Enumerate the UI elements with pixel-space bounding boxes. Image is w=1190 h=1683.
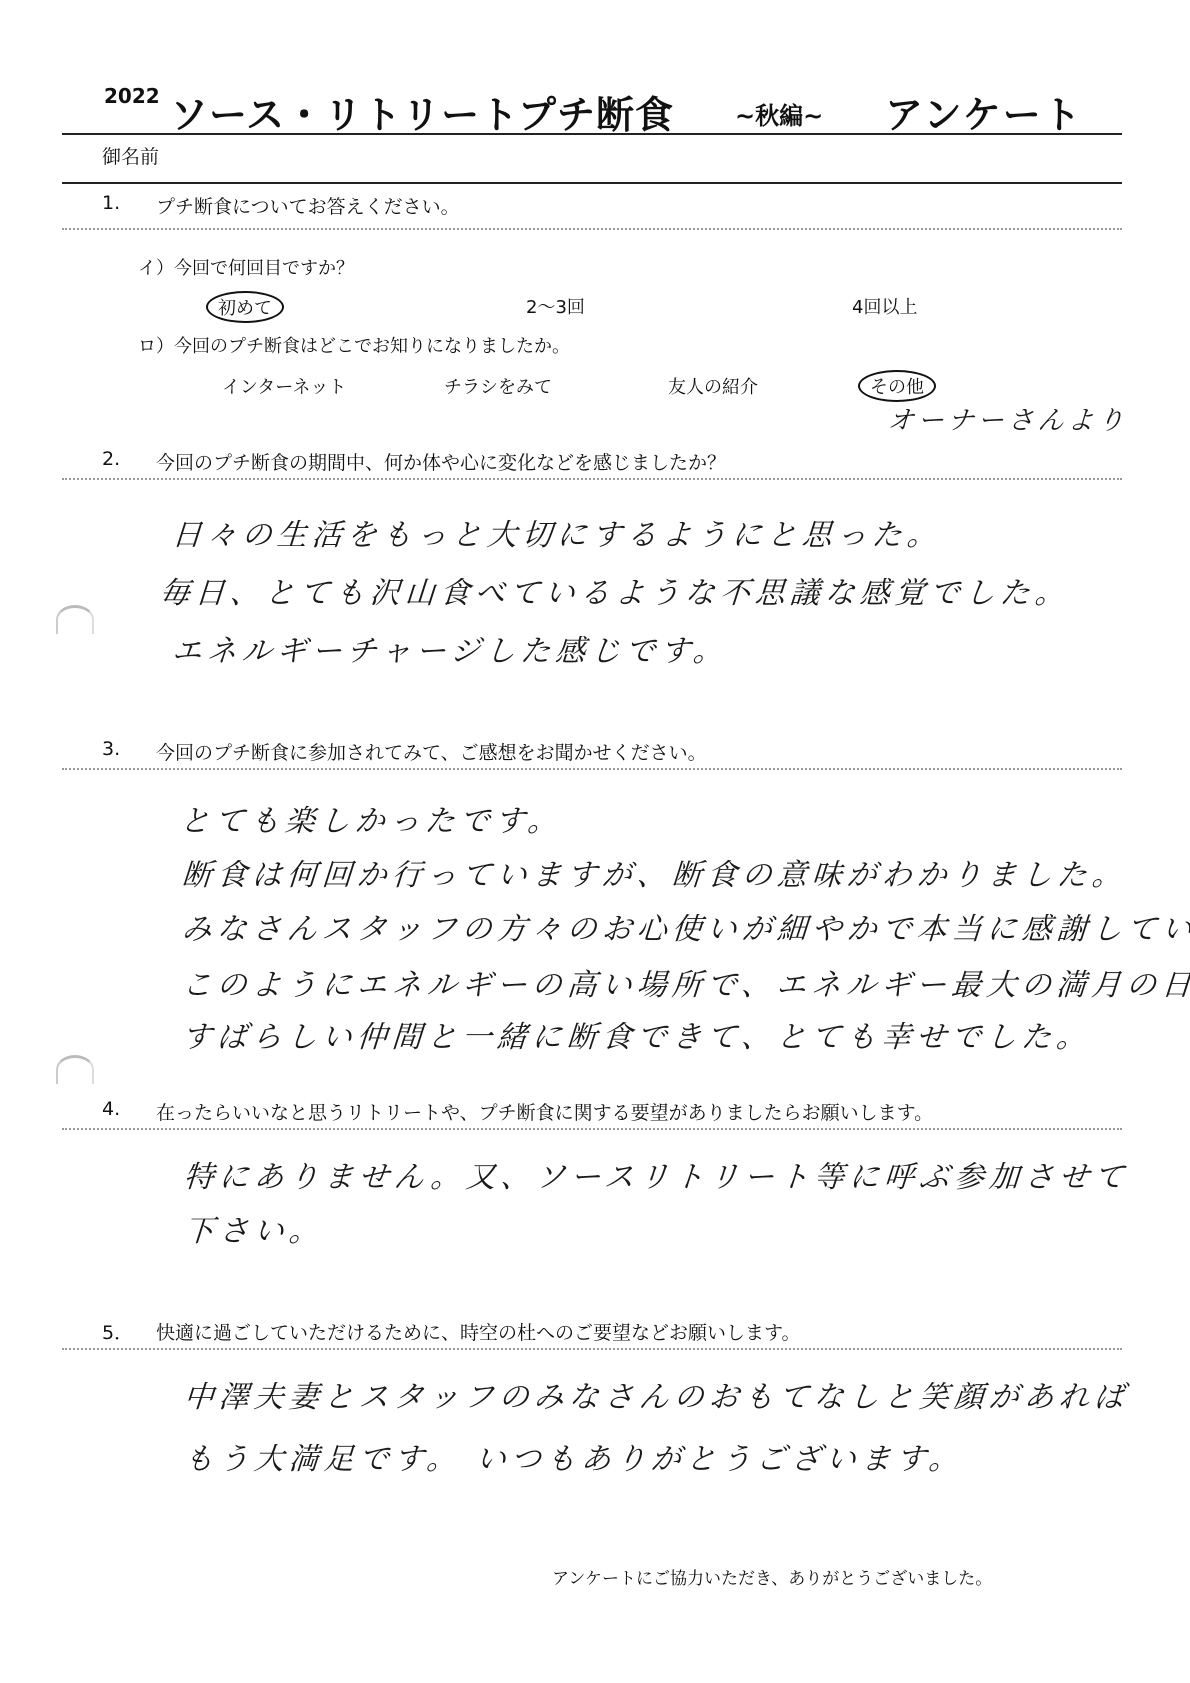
survey-season: ~秋編~	[735, 96, 823, 131]
margin-mark	[56, 605, 94, 634]
q3-answer-line[interactable]: 断食は何回か行っていますが、断食の意味がわかりました。	[180, 850, 1128, 894]
q3-answer-line[interactable]: みなさんスタッフの方々のお心使いが細やかで本当に感謝しています。	[180, 904, 1190, 948]
q1-number: 1.	[102, 192, 120, 214]
name-line	[62, 182, 1122, 184]
q2-answer-line[interactable]: 日々の生活をもっと大切にするようにと思った。	[170, 510, 943, 554]
survey-title: ソース・リトリートプチ断食	[170, 84, 674, 139]
q3-text: 今回のプチ断食に参加されてみて、ご感想をお聞かせください。	[156, 738, 707, 765]
q1a-option-first-time[interactable]: 初めて	[206, 291, 284, 323]
q3-answer-line[interactable]: とても楽しかったです。	[178, 796, 564, 840]
q5-answer-line[interactable]: 中澤夫妻とスタッフのみなさんのおもてなしと笑顔があれば	[182, 1372, 1130, 1416]
q1b-option-friend[interactable]: 友人の紹介	[668, 373, 758, 399]
thank-you-note: アンケートにご協力いただき、ありがとうございました。	[552, 1564, 992, 1589]
q5-answer-line[interactable]: もう大満足です。 いつもありがとうございます。	[182, 1434, 965, 1478]
q3-answer-line[interactable]: すばらしい仲間と一緒に断食できて、とても幸せでした。	[180, 1012, 1092, 1056]
q1a-option-2-3[interactable]: 2～3回	[526, 293, 585, 319]
q1b-option-other[interactable]: その他	[858, 370, 936, 402]
q2-answer-line[interactable]: エネルギーチャージした感じです。	[170, 626, 729, 670]
q1b-other-note[interactable]: オーナーさんより	[887, 400, 1130, 437]
q3-number: 3.	[102, 738, 120, 760]
q2-text: 今回のプチ断食の期間中、何か体や心に変化などを感じましたか？	[156, 448, 726, 475]
q4-answer-line[interactable]: 下さい。	[182, 1206, 325, 1250]
q1b-label: ロ）今回のプチ断食はどこでお知りになりましたか。	[138, 332, 570, 358]
q4-divider	[62, 1128, 1122, 1130]
q2-divider	[62, 478, 1122, 480]
q1a-option-4-plus[interactable]: 4回以上	[852, 293, 917, 319]
q5-number: 5．	[102, 1318, 133, 1345]
q1-text: プチ断食についてお答えください。	[156, 192, 460, 219]
q3-answer-line[interactable]: このようにエネルギーの高い場所で、エネルギー最大の満月の日に	[180, 960, 1190, 1004]
q1b-option-flyer[interactable]: チラシをみて	[444, 373, 552, 399]
name-label: 御名前	[102, 142, 159, 169]
q1a-label: イ）今回で何回目ですか？	[138, 254, 354, 280]
q4-text: 在ったらいいなと思うリトリートや、プチ断食に関する要望がありましたらお願いします…	[156, 1098, 933, 1125]
q3-divider	[62, 768, 1122, 770]
q2-answer-line[interactable]: 毎日、とても沢山食べているような不思議な感覚でした。	[158, 568, 1071, 612]
title-underline	[62, 133, 1122, 135]
q4-answer-line[interactable]: 特にありません。又、ソースリトリート等に呼ぶ参加させて	[182, 1152, 1130, 1196]
name-field[interactable]	[180, 140, 1080, 174]
q4-number: 4.	[102, 1098, 120, 1120]
survey-year: 2022	[104, 84, 160, 108]
survey-title-suffix: アンケート	[885, 84, 1083, 139]
q5-text: 快適に過ごしていただけるために、時空の杜へのご要望などお願いします。	[156, 1318, 800, 1345]
margin-mark	[56, 1055, 94, 1084]
q5-divider	[62, 1348, 1122, 1350]
q2-number: 2.	[102, 448, 120, 470]
q1-divider	[62, 228, 1122, 230]
q1b-option-internet[interactable]: インターネット	[222, 373, 346, 399]
